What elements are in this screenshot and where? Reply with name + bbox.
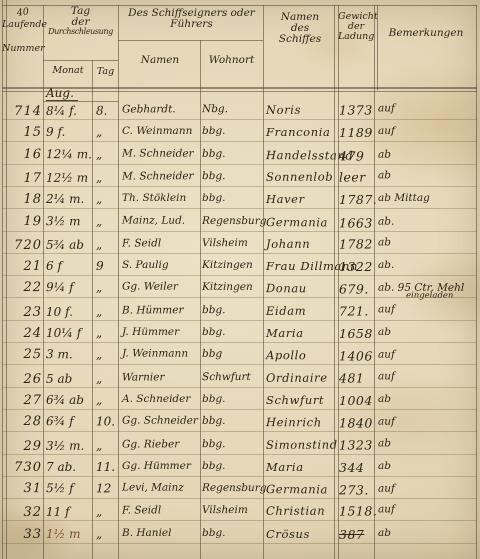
day-cell: „ [96, 527, 118, 541]
row-rule-line [2, 520, 477, 521]
owner-name-cell: Mainz, Lud. [122, 214, 199, 226]
row-number-cell: 18 [4, 192, 42, 207]
ship-name-cell: Donau [266, 282, 336, 296]
residence-cell: bbg [202, 348, 262, 360]
owner-name-cell: Th. Stöklein [122, 192, 199, 204]
residence-cell: bbg. [202, 437, 262, 449]
cargo-weight-cell: 721. [339, 303, 373, 318]
cargo-weight-cell: 1323 [339, 437, 373, 452]
row-rule-line [2, 454, 477, 455]
table-horizontal-line [43, 101, 118, 102]
owner-name-cell: J. Hümmer [122, 326, 199, 338]
table-horizontal-line [43, 60, 118, 61]
row-rule-line [2, 253, 477, 254]
cargo-weight-cell: 1004 [339, 393, 373, 408]
ship-name-cell: Simonstind [266, 437, 336, 451]
table-row: 253 m.„J. WeinmannbbgApollo1406auf [0, 345, 480, 369]
table-horizontal-line [2, 91, 477, 92]
remark-cell: ab [378, 326, 478, 338]
table-row: 7205¾ ab„F. SeidlVilsheimJohann1782ab [0, 234, 480, 258]
cargo-weight-cell: 479 [339, 148, 373, 163]
row-number-cell: 16 [4, 147, 42, 162]
ship-name-cell: Maria [266, 460, 336, 474]
table-vertical-line [377, 5, 378, 90]
remark-cell: ab. [378, 259, 478, 271]
table-row: 315½ f12Levi, MainzRegensburgGermania273… [0, 479, 480, 503]
cargo-weight-cell: 1663 [339, 215, 373, 230]
cargo-weight-cell: 1840 [339, 416, 373, 431]
cargo-weight-cell: 273. [339, 483, 373, 498]
owner-name-cell: F. Seidl [122, 505, 199, 517]
ship-name-cell: Handelsstand [266, 148, 336, 162]
ship-name-cell: Maria [266, 326, 336, 340]
row-number-cell: 19 [4, 213, 42, 228]
cargo-weight-cell: 1518. [339, 504, 373, 519]
header-tag-der-durchschleusung: Tag der Durchschleusung [43, 6, 118, 36]
owner-name-cell: Gg. Schneider [122, 415, 199, 427]
owner-name-cell: Gg. Hümmer [122, 460, 199, 472]
day-cell: „ [96, 237, 118, 251]
residence-cell: bbg. [202, 304, 262, 316]
residence-cell: Regensburg [202, 482, 262, 494]
table-vertical-line [6, 0, 7, 559]
residence-cell: bbg. [202, 170, 262, 182]
day-cell: 11. [96, 460, 118, 474]
ship-name-cell: Heinrich [266, 415, 336, 429]
row-rule-line [2, 186, 477, 187]
time-cell: 5¾ ab [46, 237, 91, 251]
table-horizontal-line [2, 5, 477, 6]
row-rule-line [2, 231, 477, 232]
table-row: 265 ab„WarnierSchwfurtOrdinaire481auf [0, 368, 480, 392]
residence-cell: bbg. [202, 192, 262, 204]
owner-name-cell: Gg. Weiler [122, 281, 199, 293]
row-rule-line [2, 342, 477, 343]
time-cell: 9 f. [46, 125, 91, 139]
residence-cell: Nbg. [202, 103, 262, 115]
table-row: 1712½ m„M. Schneiderbbg.Sonnenlobleerab [0, 167, 480, 191]
row-number-cell: 22 [4, 280, 42, 295]
owner-name-cell: C. Weinmann [122, 125, 199, 137]
residence-cell: bbg. [202, 326, 262, 338]
time-cell: 1½ m [46, 527, 91, 541]
residence-cell: bbg. [202, 415, 262, 427]
owner-name-cell: S. Paulig [122, 259, 199, 271]
time-cell: 6¾ f [46, 414, 91, 428]
ship-name-cell: Germania [266, 482, 336, 496]
row-number-cell: 15 [4, 125, 42, 140]
remark-cell: auf [378, 102, 478, 114]
remark-cell: auf [378, 125, 478, 137]
row-number-cell: 730 [4, 460, 42, 475]
remark-cell: ab. [378, 215, 478, 227]
ship-name-cell: Apollo [266, 348, 336, 362]
owner-name-cell: B. Hümmer [122, 304, 199, 316]
remark-cell: ab Mittag [378, 192, 478, 204]
table-row: 7148¼ f.8.Gebhardt.Nbg.Noris1373auf [0, 100, 480, 124]
table-vertical-line [200, 40, 201, 559]
ship-name-cell: Frau Dillmann [266, 259, 336, 273]
row-number-cell: 24 [4, 326, 42, 341]
ship-name-cell: Ordinaire [266, 370, 336, 384]
table-row: 2310 f.„B. Hümmerbbg.Eidam721.auf [0, 301, 480, 325]
day-cell: „ [96, 192, 118, 206]
remark-cell: auf [378, 303, 478, 315]
residence-cell: bbg. [202, 393, 262, 405]
residence-cell: Kitzingen [202, 281, 262, 293]
header-gewicht-der-ladung: Gewicht der Ladung [338, 12, 374, 42]
residence-cell: Regensburg [202, 214, 262, 226]
table-row: 3211 f„F. SeidlVilsheimChristian1518.auf [0, 501, 480, 525]
cargo-weight-cell: leer [339, 169, 373, 184]
row-number-cell: 28 [4, 414, 42, 429]
remark-cell: auf [378, 416, 478, 428]
remark-cell: ab. 95 Ctr. Mehleingeladen [378, 282, 478, 301]
row-rule-line [2, 364, 477, 365]
row-number-cell: 23 [4, 305, 42, 320]
day-cell: „ [96, 348, 118, 362]
row-number-cell: 32 [4, 505, 42, 520]
day-cell: 12 [96, 481, 118, 495]
ship-name-cell: Eidam [266, 303, 336, 317]
row-number-cell: 33 [4, 527, 42, 542]
remark-cell: ab [378, 169, 478, 181]
ship-name-cell: Franconia [266, 125, 336, 139]
cargo-weight-cell: 1189 [339, 125, 373, 140]
row-rule-line [2, 498, 477, 499]
owner-name-cell: B. Haniel [122, 527, 199, 539]
header-laufende: Laufende [2, 20, 44, 30]
residence-cell: Schwfurt [202, 370, 262, 382]
row-number-cell: 720 [4, 238, 42, 253]
remark-cell: auf [378, 349, 478, 361]
residence-cell: Vilsheim [202, 237, 262, 249]
day-cell: „ [96, 326, 118, 340]
day-cell: „ [96, 371, 118, 385]
day-cell: „ [96, 505, 118, 519]
cargo-weight-cell: 1782 [339, 236, 373, 251]
table-row: 193½ m„Mainz, Lud.RegensburgGermania1663… [0, 211, 480, 235]
time-cell: 10 f. [46, 304, 91, 318]
day-cell: „ [96, 147, 118, 161]
row-number-cell: 29 [4, 438, 42, 453]
remark-cell: ab [378, 436, 478, 448]
cargo-weight-cell: 481 [339, 370, 373, 385]
row-rule-line [2, 119, 477, 120]
time-cell: 11 f [46, 505, 91, 519]
row-rule-line [2, 297, 477, 298]
time-cell: 3 m. [46, 347, 91, 361]
cargo-weight-cell: 1322 [339, 259, 373, 274]
remark-cell: ab [378, 393, 478, 405]
time-cell: 10¼ f [46, 326, 91, 340]
owner-name-cell: Levi, Mainz [122, 482, 199, 494]
row-number-cell: 31 [4, 481, 42, 496]
ledger-page: 40 Laufende Nummer Tag der Durchschleusu… [0, 0, 480, 559]
owner-name-cell: M. Schneider [122, 147, 199, 159]
row-number-cell: 27 [4, 393, 42, 408]
time-cell: 7 ab. [46, 460, 91, 474]
remark-cell: ab [378, 236, 478, 248]
day-cell: „ [96, 170, 118, 184]
time-cell: 3½ m. [46, 438, 91, 452]
ship-name-cell: Johann [266, 236, 336, 250]
header-namen: Namen [121, 55, 199, 66]
owner-name-cell: A. Schneider [122, 393, 199, 405]
header-namen-des-schiffes: Namen des Schiffes [265, 12, 335, 45]
owner-name-cell: Gg. Rieber [122, 438, 199, 450]
time-cell: 8¼ f. [46, 104, 91, 118]
day-cell: „ [96, 214, 118, 228]
residence-cell: Vilsheim [202, 504, 262, 516]
day-cell: 10. [96, 415, 118, 429]
row-number-cell: 17 [4, 171, 42, 186]
ship-name-cell: Crösus [266, 527, 336, 541]
table-row: 293½ m.„Gg. Rieberbbg.Simonstind1323ab [0, 434, 480, 458]
remark-cell: ab [378, 148, 478, 160]
header-wohnort: Wohnort [201, 55, 262, 66]
header-tag: Tag [93, 67, 118, 77]
cargo-weight-cell: 344 [339, 460, 373, 475]
day-cell: „ [96, 281, 118, 295]
time-cell: 5½ f [46, 481, 91, 495]
row-rule-line [2, 164, 477, 165]
time-cell: 6 f [46, 259, 91, 273]
row-rule-line [2, 320, 477, 321]
ship-name-cell: Germania [266, 215, 336, 229]
time-cell: 5 ab [46, 371, 91, 385]
row-number-cell: 26 [4, 371, 42, 386]
residence-cell: bbg. [202, 147, 262, 159]
time-cell: 12¼ m. [46, 147, 91, 161]
row-rule-line [2, 409, 477, 410]
time-cell: 12½ m [46, 171, 91, 185]
day-cell: „ [96, 125, 118, 139]
row-rule-line [2, 543, 477, 544]
day-cell: 9 [96, 259, 118, 273]
remark-cell: auf [378, 503, 478, 515]
day-cell: „ [96, 393, 118, 407]
row-number-cell: 25 [4, 347, 42, 362]
ship-name-cell: Noris [266, 103, 336, 117]
owner-name-cell: M. Schneider [122, 170, 199, 182]
cargo-weight-cell: 1787. [339, 192, 373, 207]
row-number-cell: 714 [4, 104, 42, 119]
remark-second-line: eingeladen [406, 291, 478, 301]
remark-cell: ab [378, 527, 478, 539]
row-rule-line [2, 208, 477, 209]
remark-cell: auf [378, 370, 478, 382]
table-horizontal-line [118, 40, 263, 41]
owner-name-cell: F. Seidl [122, 237, 199, 249]
row-rule-line [2, 476, 477, 477]
table-row: 229¼ f„Gg. WeilerKitzingenDonau679.ab. 9… [0, 278, 480, 302]
ship-name-cell: Christian [266, 504, 336, 518]
remark-cell: auf [378, 483, 478, 495]
remark-cell: ab [378, 460, 478, 472]
owner-name-cell: Warnier [122, 371, 199, 383]
cargo-weight-cell: 1373 [339, 102, 373, 117]
ship-name-cell: Sonnenlob [266, 169, 336, 183]
residence-cell: bbg. [202, 460, 262, 472]
cargo-weight-cell: 1658 [339, 326, 373, 341]
row-rule-line [2, 141, 477, 142]
time-cell: 6¾ ab [46, 393, 91, 407]
day-cell: „ [96, 438, 118, 452]
day-cell: 8. [96, 104, 118, 118]
ship-name-cell: Haver [266, 192, 336, 206]
header-bemerkungen: Bemerkungen [378, 28, 474, 39]
owner-name-cell: J. Weinmann [122, 348, 199, 360]
row-rule-line [2, 387, 477, 388]
table-vertical-line [2, 0, 3, 559]
ship-name-cell: Schwfurt [266, 393, 336, 407]
cargo-weight-cell: 387 [339, 527, 373, 542]
time-cell: 2¼ m. [46, 192, 91, 206]
table-horizontal-line [2, 87, 477, 89]
table-row: 1612¼ m.„M. Schneiderbbg.Handelsstand479… [0, 145, 480, 169]
residence-cell: bbg. [202, 527, 262, 539]
time-cell: 3½ m [46, 214, 91, 228]
cargo-weight-cell: 1406 [339, 349, 373, 364]
residence-cell: Kitzingen [202, 259, 262, 271]
day-cell: „ [96, 304, 118, 318]
cargo-weight-cell: 679. [339, 282, 373, 297]
row-number-cell: 21 [4, 259, 42, 274]
table-vertical-line [92, 60, 93, 559]
residence-cell: bbg. [202, 125, 262, 137]
time-cell: 9¼ f [46, 281, 91, 295]
row-rule-line [2, 431, 477, 432]
header-nummer: Nummer [2, 44, 44, 54]
header-schiffseigner: Des Schiffseigners oder Führers [120, 8, 263, 30]
header-monat: Monat [44, 66, 92, 76]
row-rule-line [2, 275, 477, 276]
owner-name-cell: Gebhardt. [122, 103, 199, 115]
table-row: 286¾ f10.Gg. Schneiderbbg.Heinrich1840au… [0, 412, 480, 436]
